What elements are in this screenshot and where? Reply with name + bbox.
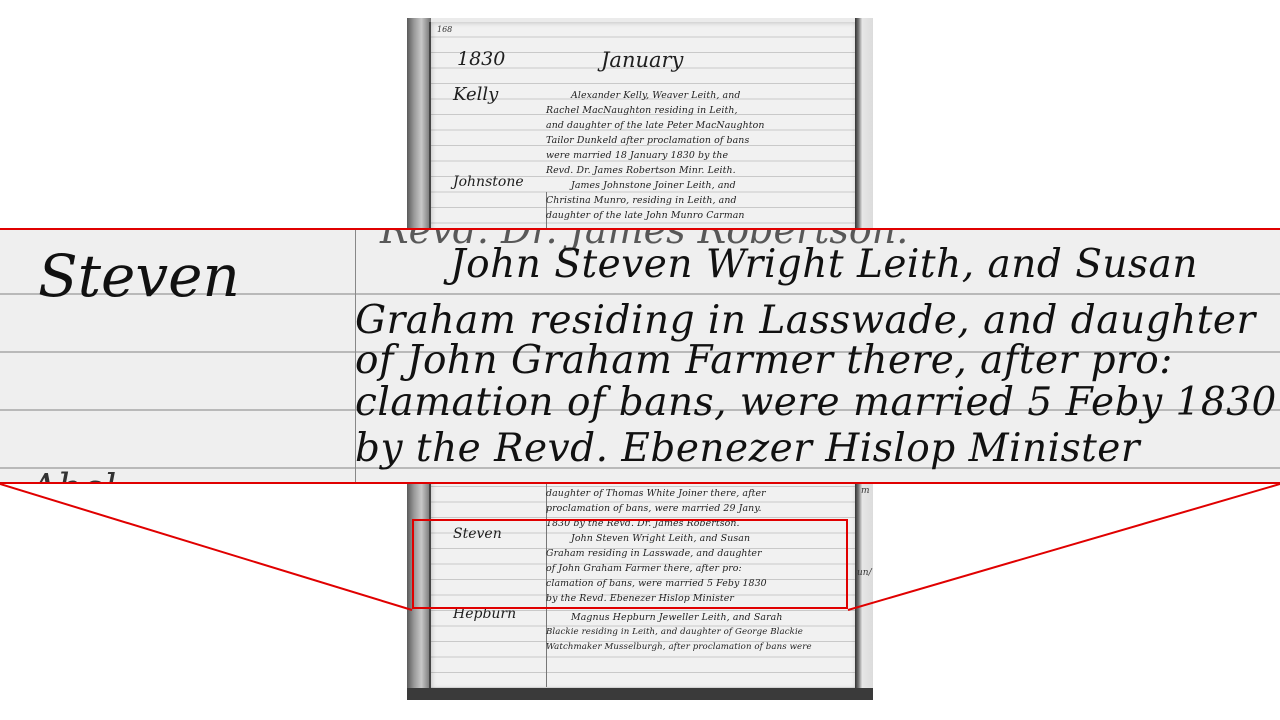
- year-heading: 1830: [457, 48, 505, 70]
- entry-line: Watchmaker Musselburgh, after proclamati…: [546, 642, 812, 652]
- entry-line: were married 18 January 1830 by the: [546, 150, 728, 161]
- entry-line: Rachel MacNaughton residing in Leith,: [546, 105, 738, 116]
- month-heading: January: [601, 48, 683, 72]
- page-bottom-edge: [407, 688, 873, 700]
- magnified-line: clamation of bans, were married 5 Feby 1…: [355, 380, 1277, 425]
- margin-note: un/: [857, 568, 872, 578]
- magnified-ghost-bottom: Abel...: [30, 466, 153, 484]
- entry-line: daughter of Thomas White Joiner there, a…: [546, 488, 766, 499]
- entry-line: and daughter of the late Peter MacNaught…: [546, 120, 765, 131]
- entry-line: James Johnstone Joiner Leith, and: [571, 180, 736, 191]
- magnified-entry: Revd. Dr. James Robertson. Steven John S…: [0, 228, 1280, 484]
- entry-line: Revd. Dr. James Robertson Minr. Leith.: [546, 165, 736, 176]
- magnified-line: John Steven Wright Leith, and Susan: [450, 242, 1198, 287]
- entry-line: Blackie residing in Leith, and daughter …: [546, 627, 803, 637]
- entry-surname-johnstone: Johnstone: [453, 174, 524, 190]
- entry-line: daughter of the late John Munro Carman: [546, 210, 745, 221]
- page-number: 168: [437, 25, 452, 34]
- entry-line: Alexander Kelly, Weaver Leith, and: [571, 90, 740, 101]
- magnified-line: of John Graham Farmer there, after pro:: [355, 338, 1173, 383]
- entry-line: Magnus Hepburn Jeweller Leith, and Sarah: [571, 612, 782, 623]
- magnified-surname: Steven: [38, 242, 240, 310]
- magnified-line: Graham residing in Lasswade, and daughte…: [355, 298, 1256, 343]
- entry-line: proclamation of bans, were married 29 Ja…: [546, 503, 762, 514]
- entry-line: Christina Munro, residing in Leith, and: [546, 195, 737, 206]
- entry-surname-kelly: Kelly: [453, 84, 498, 105]
- entry-line: Tailor Dunkeld after proclamation of ban…: [546, 135, 749, 146]
- margin-note: m: [861, 486, 870, 496]
- highlight-box: [412, 519, 848, 609]
- magnified-line: by the Revd. Ebenezer Hislop Minister: [355, 426, 1140, 471]
